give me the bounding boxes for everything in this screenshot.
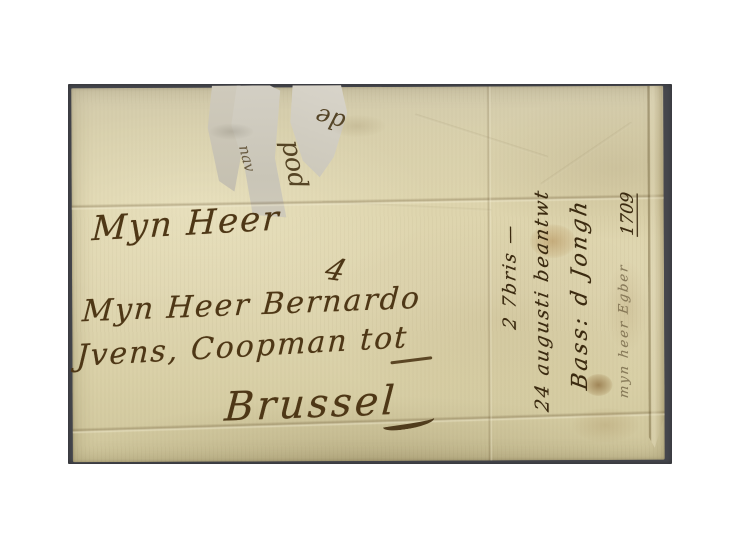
photo-canvas: de pod nav Myn Heer 4 Myn Heer Bernardo …: [0, 0, 740, 557]
flap-ink-fragment: nav: [235, 143, 259, 174]
seal-flap-remnant-left: [203, 86, 247, 192]
docket-year: 1709: [618, 191, 638, 237]
address-line-occupation: Jvens, Coopman tot: [76, 320, 409, 374]
foxing-stain: [573, 408, 639, 442]
docket-faint-note: myn heer Egber: [616, 263, 632, 399]
faint-smudge: [209, 123, 253, 139]
flap-ink-fragment: pod: [275, 138, 313, 192]
paper-wrinkle: [322, 201, 492, 212]
pen-flourish-dash: [390, 356, 432, 364]
flap-ink-fragment: de: [312, 102, 348, 137]
paper-wrinkle: [540, 121, 633, 185]
address-line-salutation: Myn Heer: [91, 198, 282, 249]
docket-sender-line: Bass: d Jongh: [567, 197, 593, 392]
fold-crease-right: [486, 86, 493, 460]
address-line-destination: Brussel: [223, 378, 399, 431]
upper-fold-panel: [71, 86, 664, 207]
letter-paper: de pod nav Myn Heer 4 Myn Heer Bernardo …: [71, 86, 665, 463]
photo-mat: de pod nav Myn Heer 4 Myn Heer Bernardo …: [68, 84, 672, 464]
folded-edge-strip: [647, 86, 664, 448]
docket-answered-line: 2 7bris —: [499, 222, 520, 331]
docket-received-line: 24 augusti beantwt: [531, 187, 554, 413]
paper-wrinkle: [414, 113, 548, 159]
